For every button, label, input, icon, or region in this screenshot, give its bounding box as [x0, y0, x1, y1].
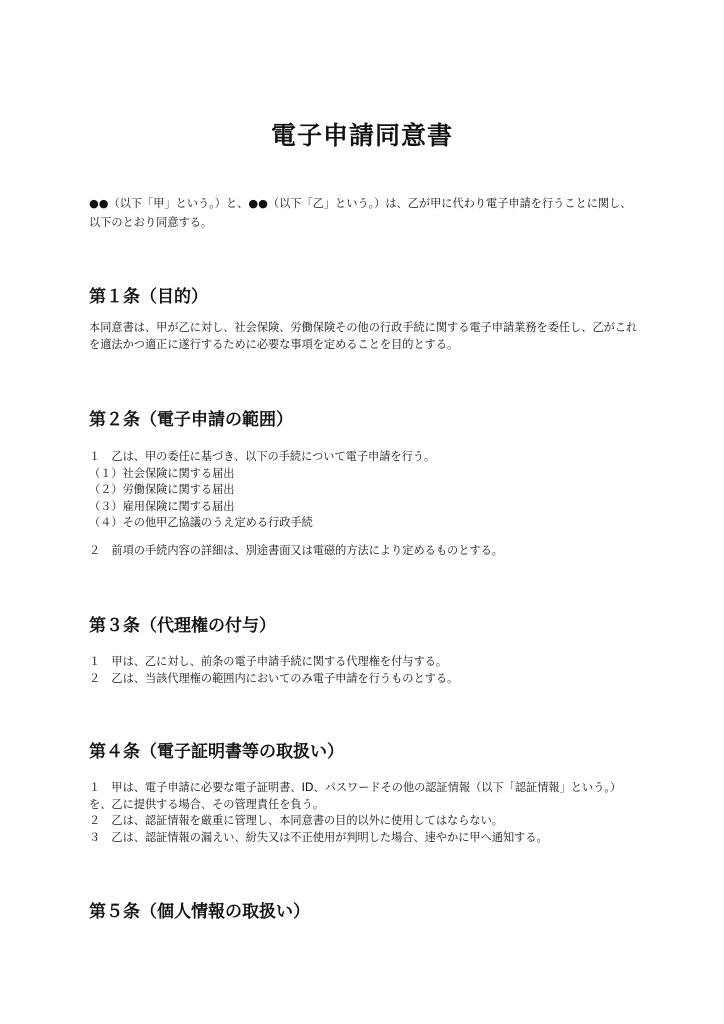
article-5-heading: 第５条（個人情報の取扱い）	[89, 900, 310, 924]
article-2-clause-1: １ 乙は、甲の委任に基づき、以下の手続について電子申請を行う。	[89, 449, 641, 466]
article-2-item-2: （２）労働保険に関する届出	[89, 482, 641, 499]
article-4-body: １ 甲は、電子申請に必要な電子証明書、ID、パスワードその他の認証情報（以下「認…	[89, 780, 641, 846]
document-title: 電子申請同意書	[0, 118, 724, 154]
article-4-heading: 第４条（電子証明書等の取扱い）	[89, 740, 344, 764]
article-1-body: 本同意書は、甲が乙に対し、社会保険、労働保険その他の行政手続に関する電子申請業務…	[89, 320, 641, 353]
article-2-item-1: （１）社会保険に関する届出	[89, 466, 641, 483]
document-page: 電子申請同意書 ●●（以下「甲」という。）と、●●（以下「乙」という。）は、乙が…	[0, 0, 724, 1024]
article-3-heading: 第３条（代理権の付与）	[89, 614, 276, 638]
article-2-clause-2-block: ２ 前項の手続内容の詳細は、別途書面又は電磁的方法により定めるものとする。	[89, 543, 641, 560]
article-2-heading: 第２条（電子申請の範囲）	[89, 408, 293, 432]
article-1-heading: 第１条（目的）	[89, 285, 208, 309]
article-2-item-3: （３）雇用保険に関する届出	[89, 499, 641, 516]
article-3-body: １ 甲は、乙に対し、前条の電子申請手続に関する代理権を付与する。 ２ 乙は、当該…	[89, 654, 641, 687]
article-4-clause-1: １ 甲は、電子申請に必要な電子証明書、ID、パスワードその他の認証情報（以下「認…	[89, 780, 641, 813]
article-4-clause-2: ２ 乙は、認証情報を厳重に管理し、本同意書の目的以外に使用してはならない。	[89, 813, 641, 830]
article-2-item-4: （４）その他甲乙協議のうえ定める行政手続	[89, 515, 641, 532]
article-3-clause-1: １ 甲は、乙に対し、前条の電子申請手続に関する代理権を付与する。	[89, 654, 641, 671]
intro-paragraph: ●●（以下「甲」という。）と、●●（以下「乙」という。）は、乙が甲に代わり電子申…	[89, 194, 639, 232]
article-2-body: １ 乙は、甲の委任に基づき、以下の手続について電子申請を行う。 （１）社会保険に…	[89, 449, 641, 532]
article-1-paragraph: 本同意書は、甲が乙に対し、社会保険、労働保険その他の行政手続に関する電子申請業務…	[89, 320, 641, 353]
article-4-clause-3: ３ 乙は、認証情報の漏えい、紛失又は不正使用が判明した場合、速やかに甲へ通知する…	[89, 830, 641, 847]
article-3-clause-2: ２ 乙は、当該代理権の範囲内においてのみ電子申請を行うものとする。	[89, 671, 641, 688]
article-2-clause-2: ２ 前項の手続内容の詳細は、別途書面又は電磁的方法により定めるものとする。	[89, 543, 641, 560]
